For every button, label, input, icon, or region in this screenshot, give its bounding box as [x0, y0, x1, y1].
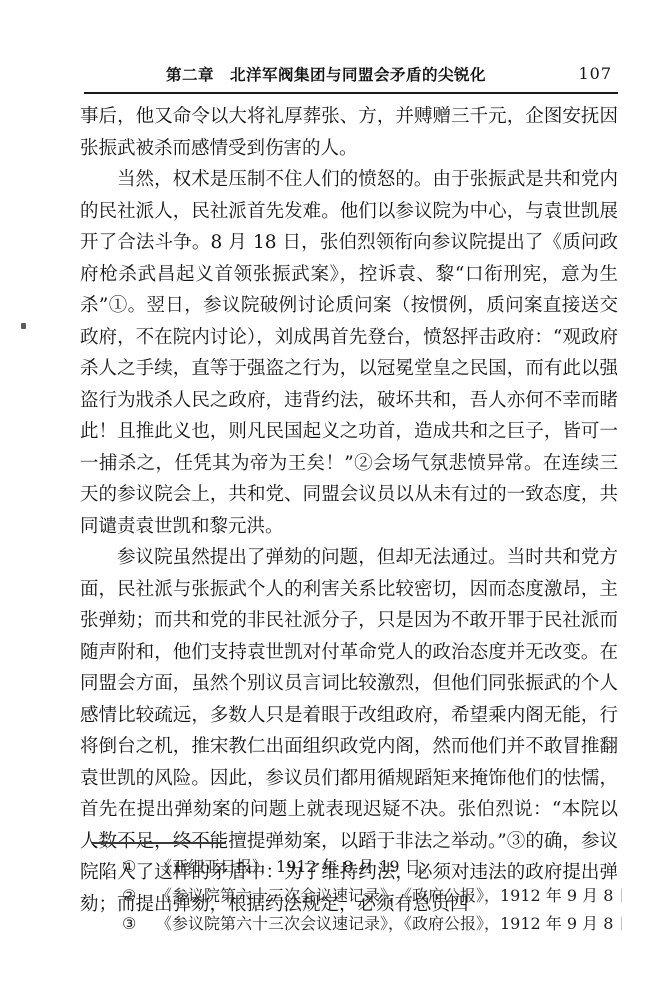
footnotes: ① 《亚细亚日报》，1912 年 8 月 19 日。 ② 《参议院第六十三次会议… [122, 853, 622, 939]
footnote-2-text: 《参议院第六十三次会议速记录》，《政府公报》，1912 年 9 月 8 日。 [156, 882, 622, 911]
footnote-3-text: 《参议院第六十三次会议速记录》，《政府公报》，1912 年 9 月 8 日。 [156, 910, 622, 939]
footnote-separator [92, 842, 226, 844]
paragraph-2: 当然，权术是压制不住人们的愤怒的。由于张振武是共和党内的民社派人，民社派首先发难… [80, 164, 618, 542]
page-number: 107 [578, 64, 612, 83]
chapter-title: 第二章 北洋军阀集团与同盟会矛盾的尖锐化 [0, 63, 652, 85]
footnote-2: ② 《参议院第六十三次会议速记录》，《政府公报》，1912 年 9 月 8 日。 [122, 882, 622, 911]
print-artifact [21, 323, 26, 329]
footnote-2-marker: ② [122, 882, 144, 911]
footnote-1-text: 《亚细亚日报》，1912 年 8 月 19 日。 [156, 853, 622, 882]
footnote-1: ① 《亚细亚日报》，1912 年 8 月 19 日。 [122, 853, 622, 882]
page-header: 第二章 北洋军阀集团与同盟会矛盾的尖锐化 107 [0, 63, 652, 87]
paragraph-1: 事后，他又命令以大将礼厚葬张、方，并赙赠三千元，企图安抚因张振武被杀而感情受到伤… [80, 101, 618, 164]
footnote-3-marker: ③ [122, 910, 144, 939]
body-text: 事后，他又命令以大将礼厚葬张、方，并赙赠三千元，企图安抚因张振武被杀而感情受到伤… [80, 101, 618, 920]
book-page: 第二章 北洋军阀集团与同盟会矛盾的尖锐化 107 事后，他又命令以大将礼厚葬张、… [0, 0, 652, 1000]
header-rule [84, 92, 618, 94]
footnote-1-marker: ① [122, 853, 144, 882]
footnote-3: ③ 《参议院第六十三次会议速记录》，《政府公报》，1912 年 9 月 8 日。 [122, 910, 622, 939]
